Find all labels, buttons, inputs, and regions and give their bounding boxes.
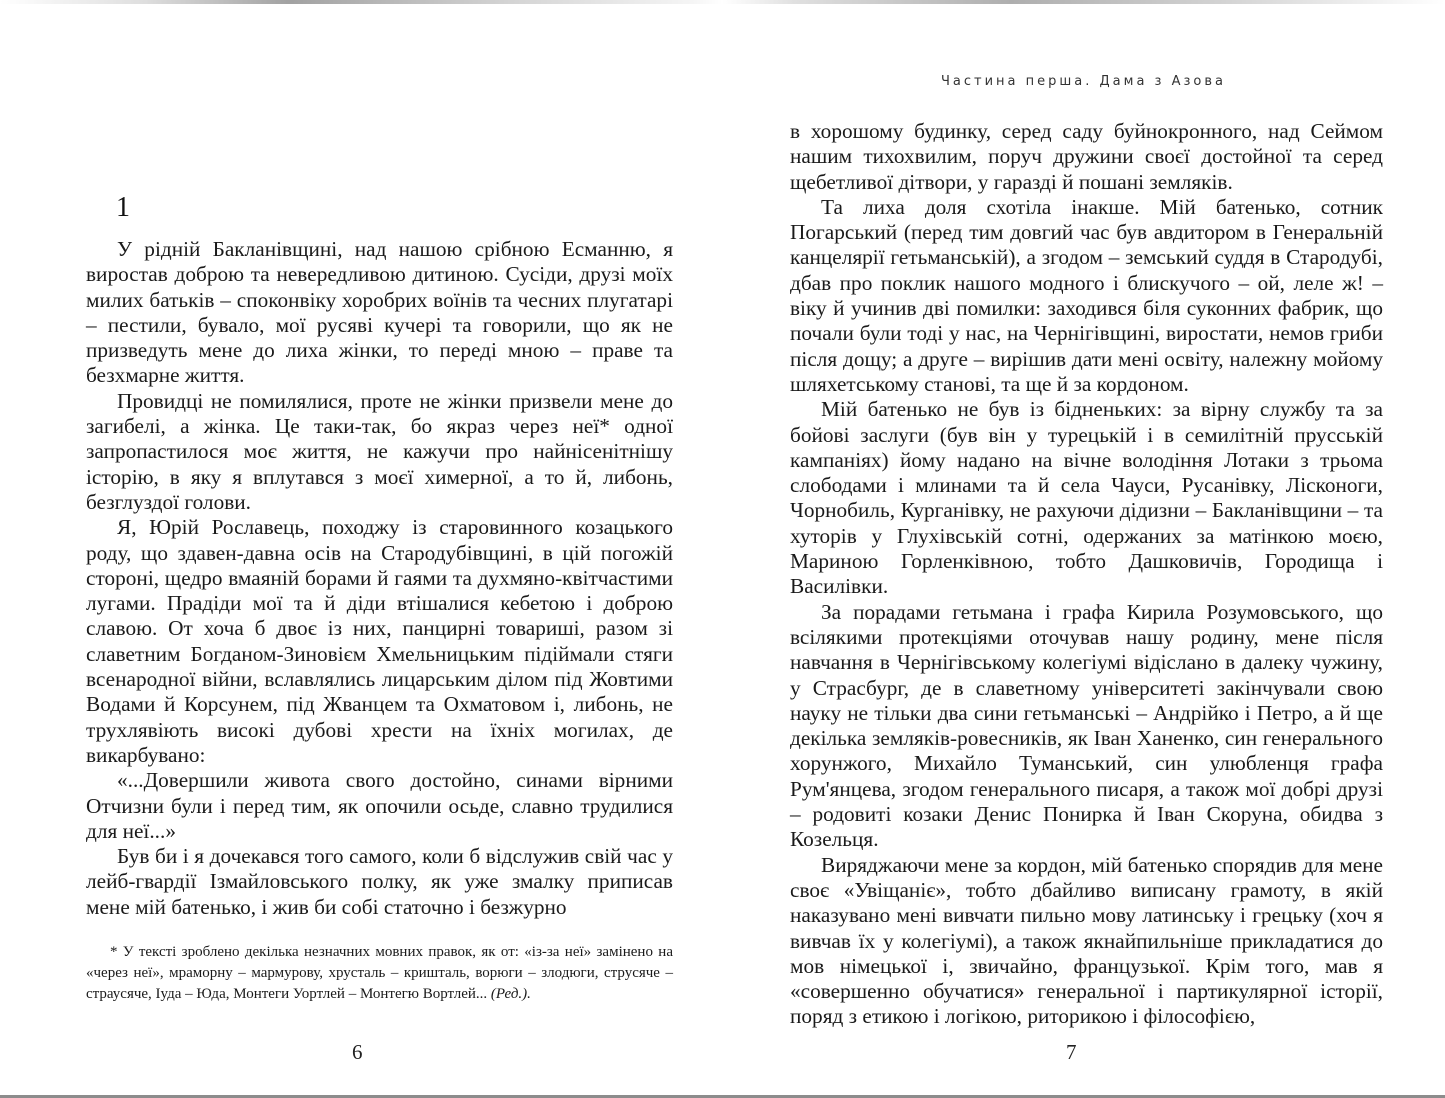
paragraph: Був би і я дочекався того самого, коли б…: [86, 844, 673, 920]
right-page-body: в хорошому будинку, серед саду буйнокрон…: [790, 119, 1383, 1030]
paragraph: Виряджаючи мене за кордон, мій батенько …: [790, 853, 1383, 1030]
chapter-number: 1: [116, 192, 130, 224]
running-head: Частина перша. Дама з Азова: [722, 74, 1445, 89]
page-number: 7: [1066, 1040, 1077, 1065]
paragraph: Я, Юрій Рославець, походжу із старовинно…: [86, 515, 673, 768]
right-page: Частина перша. Дама з Азова в хорошому б…: [722, 0, 1445, 1098]
left-page: 1 У рідній Бакланівщині, над нашою срібн…: [0, 0, 722, 1098]
paragraph: За порадами гетьмана і графа Кирила Розу…: [790, 600, 1383, 853]
editor-mark: (Ред.).: [491, 986, 531, 1002]
paragraph: Провидці не помилялися, проте не жінки п…: [86, 389, 673, 515]
footnote: * У тексті зроблено декілька незначних м…: [86, 942, 673, 1005]
paragraph: Та лиха доля схотіла інакше. Мій батеньк…: [790, 195, 1383, 397]
paragraph: Мій батенько не був із бідненьких: за ві…: [790, 397, 1383, 599]
quotation-paragraph: «...Довершили живота свого достойно, син…: [86, 768, 673, 844]
footnote-text: * У тексті зроблено декілька незначних м…: [86, 944, 673, 1002]
paragraph: У рідній Бакланівщині, над нашою срібною…: [86, 237, 673, 389]
continuation-paragraph: в хорошому будинку, серед саду буйнокрон…: [790, 119, 1383, 195]
page-number: 6: [352, 1040, 363, 1065]
left-page-body: У рідній Бакланівщині, над нашою срібною…: [86, 237, 673, 920]
